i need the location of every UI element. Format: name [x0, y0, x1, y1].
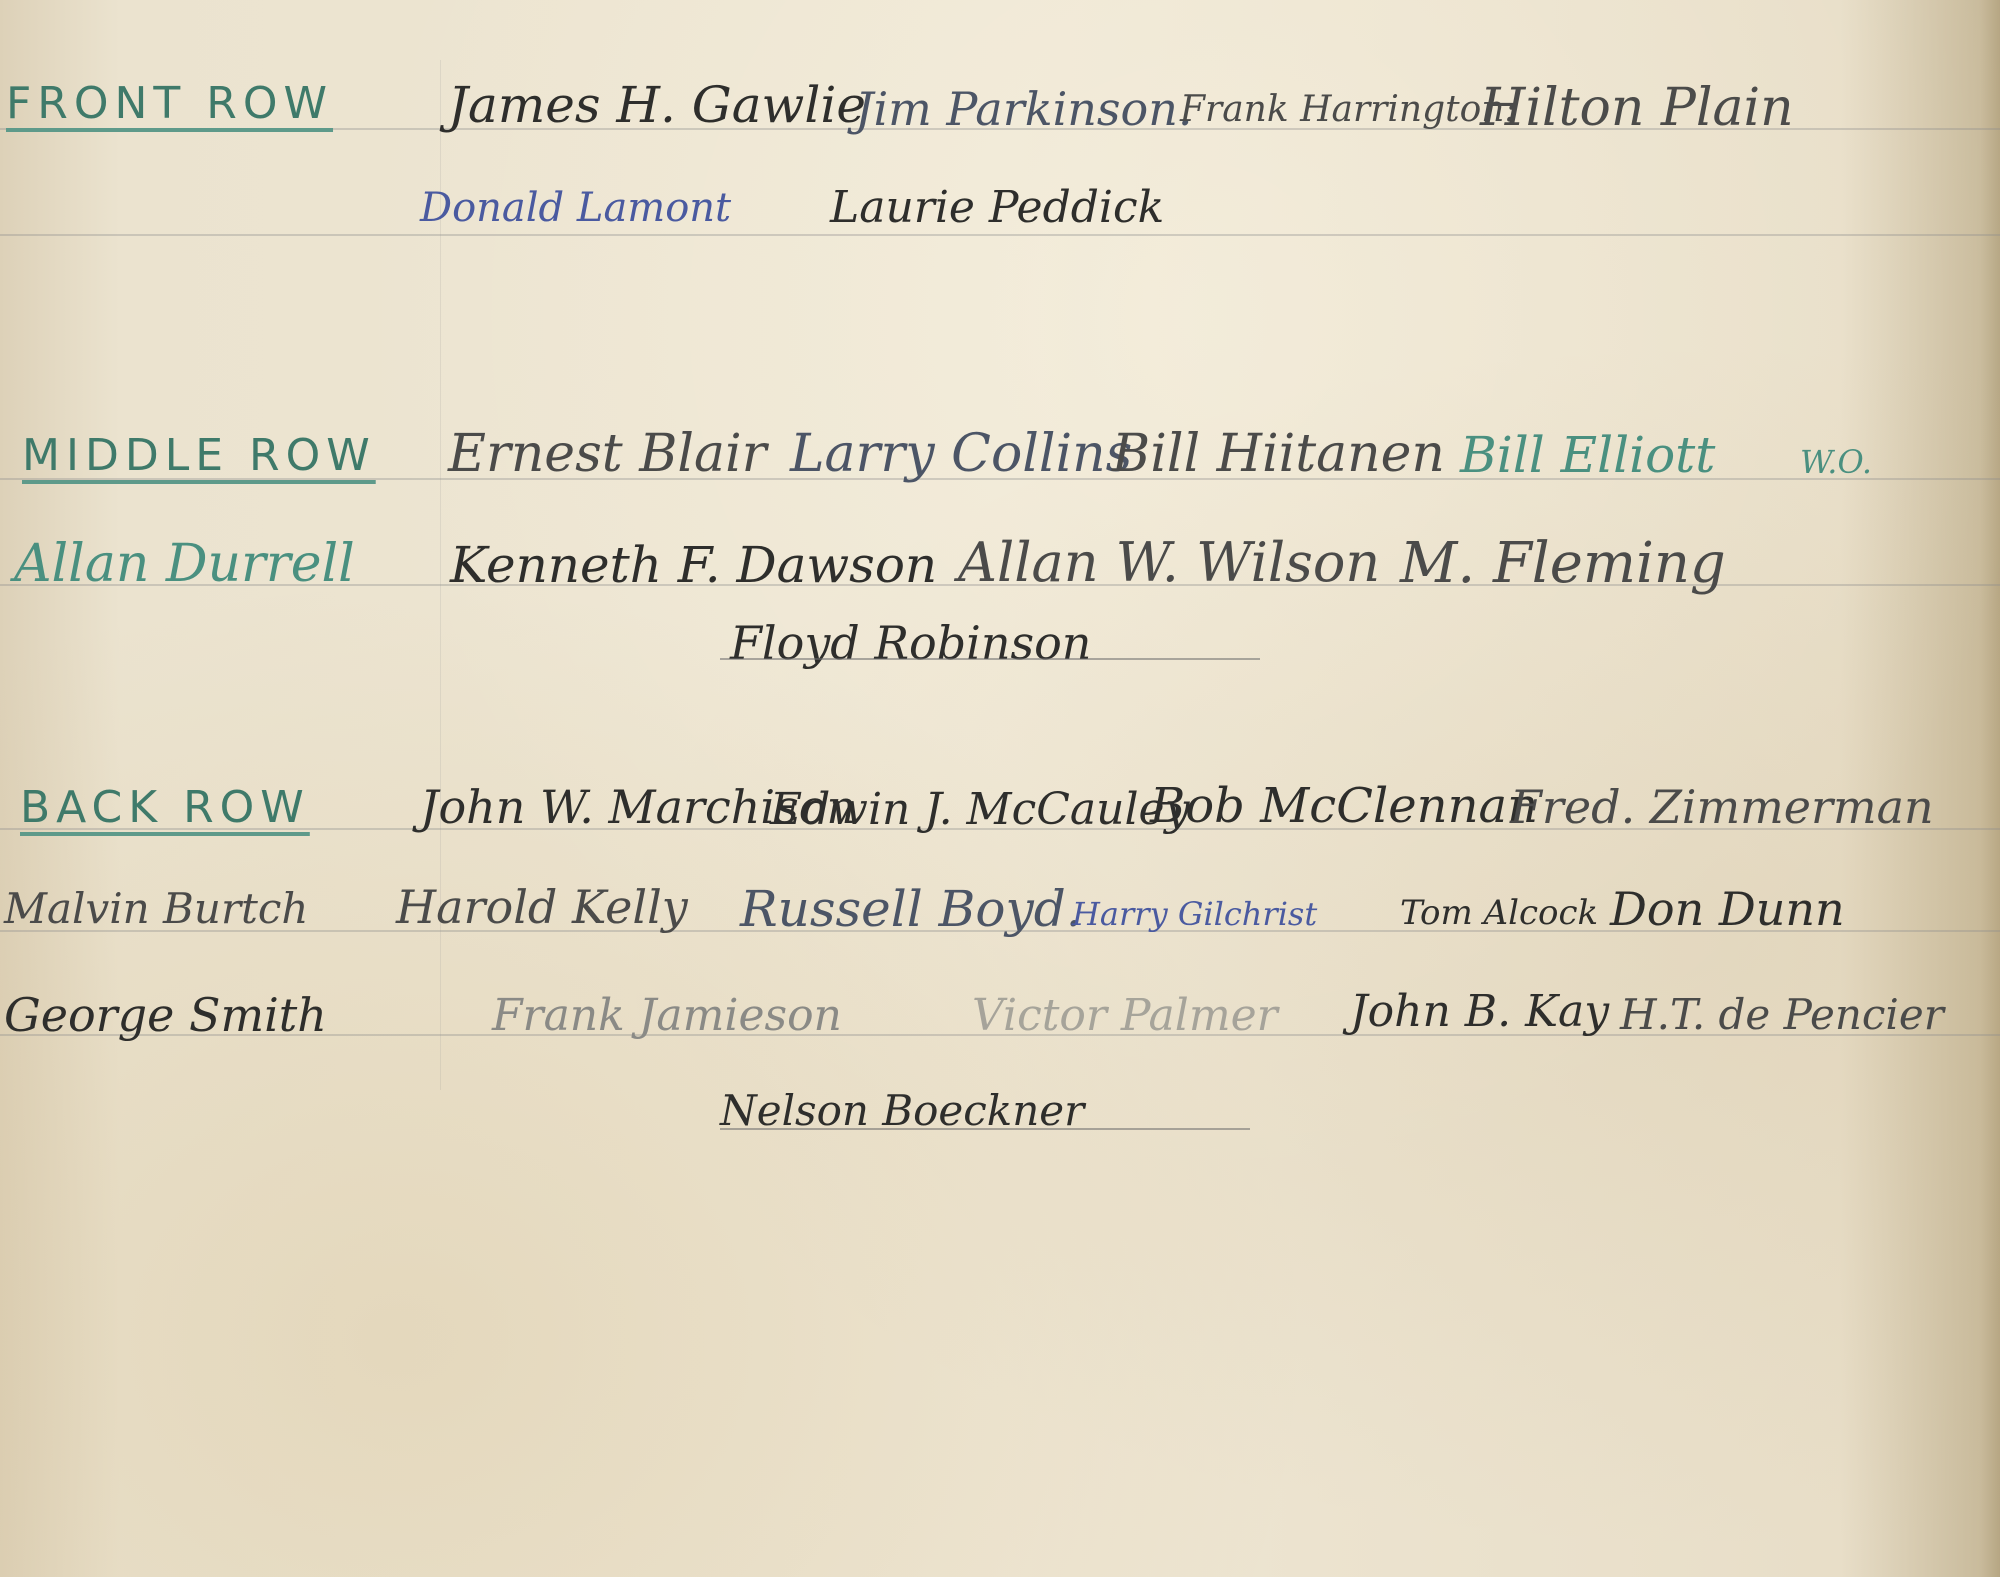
- signature: Harry Gilchrist: [1072, 898, 1317, 930]
- section-label-middle-row: MIDDLE ROW: [22, 430, 376, 481]
- signature: Ernest Blair: [448, 428, 767, 480]
- signature: Harold Kelly: [396, 884, 688, 930]
- signature: Frank Harrington:: [1180, 92, 1517, 128]
- signature: Bob McClennan: [1150, 782, 1538, 830]
- signature: H.T. de Pencier: [1620, 994, 1944, 1036]
- signature: Larry Collins: [790, 428, 1132, 480]
- signature: John B. Kay: [1350, 990, 1609, 1034]
- signature: Jim Parkinson.: [855, 86, 1192, 132]
- signature: Nelson Boeckner: [720, 1090, 1084, 1132]
- section-label-back-row: BACK ROW: [20, 782, 310, 833]
- ruled-line: [0, 234, 2000, 236]
- signature: Tom Alcock: [1400, 896, 1598, 930]
- signature-underline: [720, 1128, 1250, 1130]
- signature: Allan W. Wilson: [958, 536, 1380, 590]
- signature: George Smith: [4, 992, 327, 1038]
- signature: M. Fleming: [1400, 536, 1726, 592]
- signature: Fred. Zimmerman: [1510, 784, 1934, 830]
- signature: Hilton Plain: [1480, 82, 1794, 134]
- scanned-document-page: FRONT ROW James H. Gawlie Jim Parkinson.…: [0, 0, 2000, 1577]
- signature: Laurie Peddick: [830, 186, 1164, 230]
- signature: Frank Jamieson: [492, 994, 842, 1038]
- signature: Russell Boyd.: [740, 884, 1082, 934]
- signature-note: W.O.: [1800, 446, 1872, 478]
- signature: Bill Elliott: [1460, 430, 1715, 480]
- signature: Victor Palmer: [972, 994, 1278, 1038]
- signature: James H. Gawlie: [448, 80, 866, 130]
- signature-underline: [720, 658, 1260, 660]
- signature: Allan Durrell: [14, 538, 355, 590]
- signature: Edwin J. McCauley: [770, 788, 1189, 832]
- signature: Malvin Burtch: [4, 888, 308, 930]
- signature: Donald Lamont: [420, 188, 731, 228]
- signature: Don Dunn: [1610, 886, 1845, 932]
- signature: Bill Hiitanen: [1112, 428, 1445, 480]
- signature: Kenneth F. Dawson: [450, 540, 937, 590]
- section-label-front-row: FRONT ROW: [6, 78, 333, 129]
